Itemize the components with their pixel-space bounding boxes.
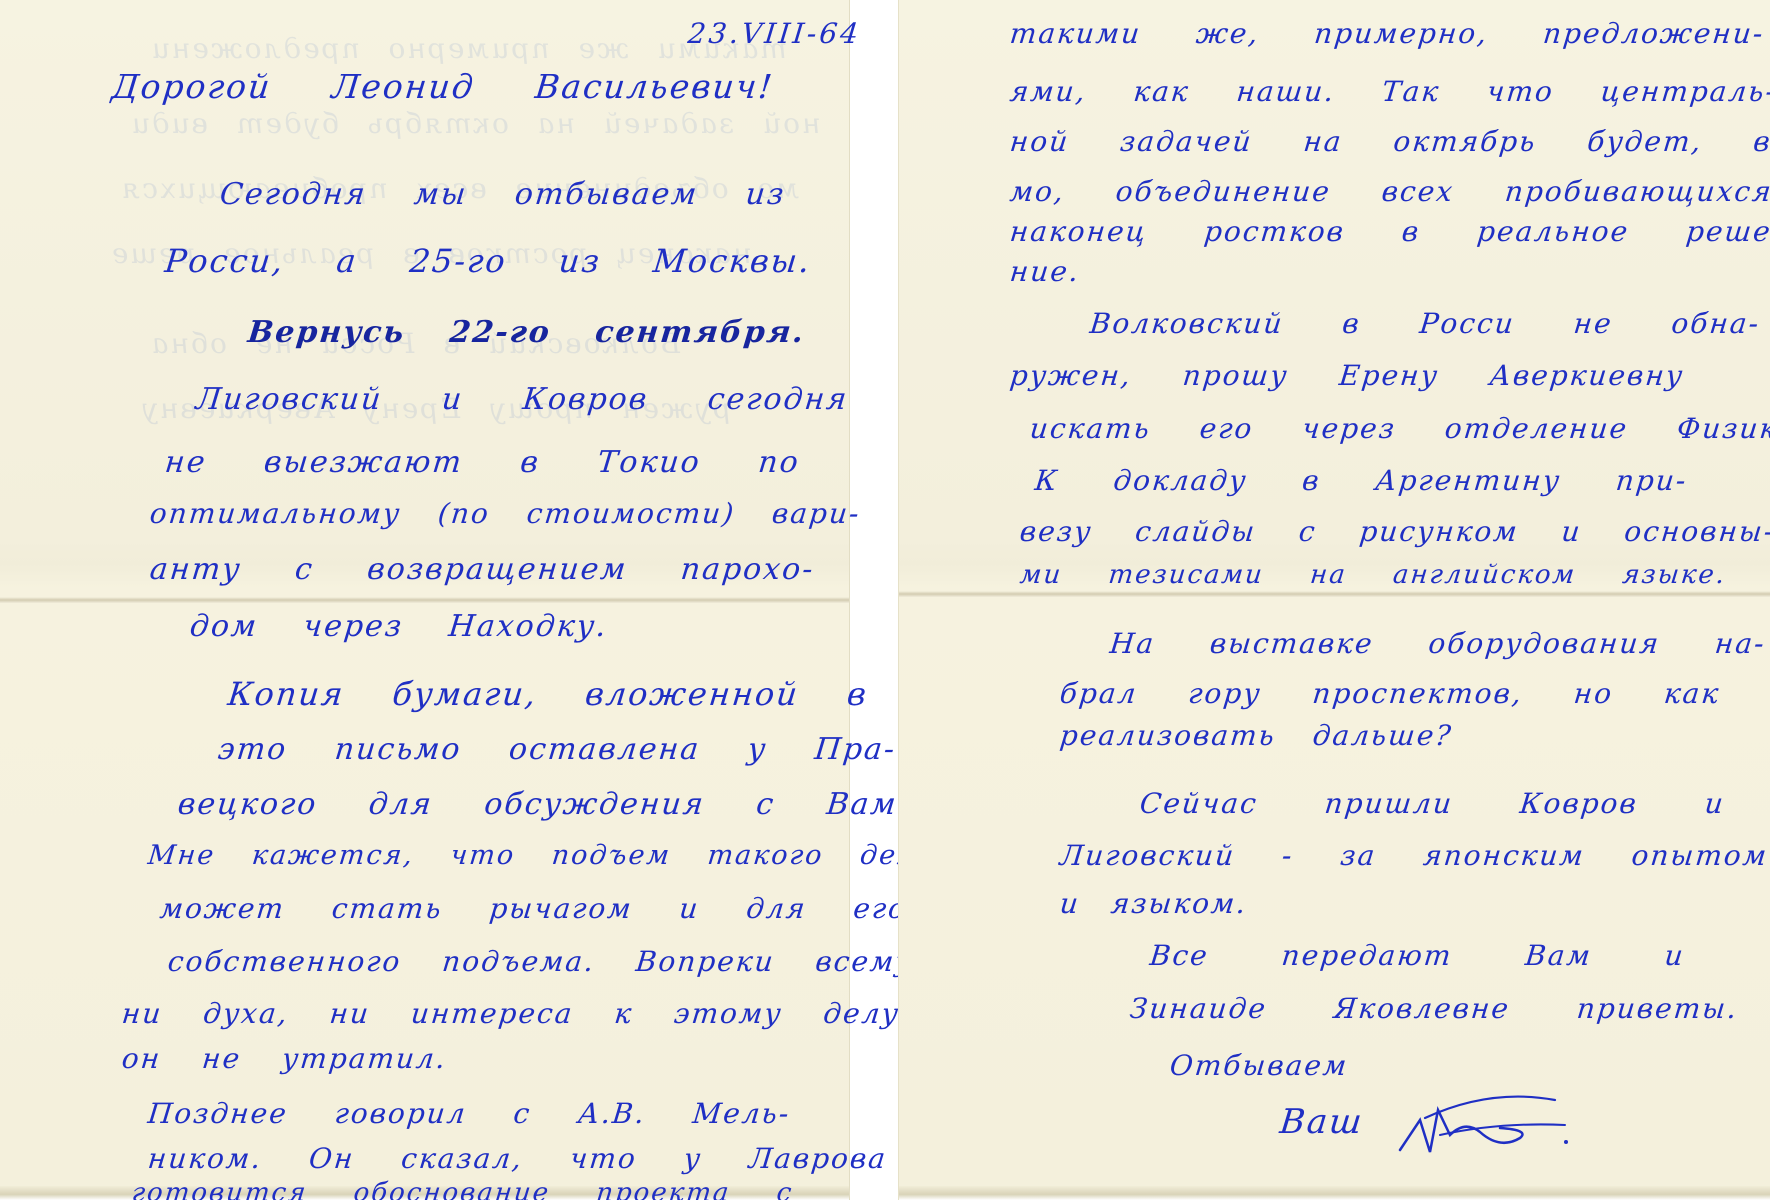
letter-closing: Отбываем <box>1169 1052 1350 1080</box>
letter-line: Лиговский - за японским опытом <box>1059 842 1770 870</box>
letter-line: везу слайды с рисунком и основны- <box>1019 518 1770 546</box>
letter-line: ной задачей на октябрь будет, види- <box>1009 128 1770 156</box>
letter-line: Мне кажется, что подъем такого дела <box>147 842 936 869</box>
letter-line: искать его через отделение Физики. <box>1029 415 1770 443</box>
paper-fold <box>0 597 849 603</box>
letter-line: Лиговский и Ковров сегодня <box>194 385 849 415</box>
letter-line: оптимальному (по стоимости) вари- <box>149 500 862 528</box>
paper-edge <box>899 1186 1770 1200</box>
letter-line: Позднее говорил с А.В. Мель- <box>147 1100 792 1128</box>
letter-line: ни духа, ни интереса к этому делу <box>121 1000 902 1028</box>
letter-line: мо, объединение всех пробивающихся <box>1009 178 1770 206</box>
letter-line: Росси, а 25-го из Москвы. <box>163 245 813 277</box>
letter-line: такими же, примерно, предложени- <box>1009 20 1766 48</box>
letter-line: ми тезисами на английском языке. <box>1019 562 1728 588</box>
letter-line: наконец ростков в реальное реше- <box>1009 218 1770 246</box>
paper-fold <box>899 591 1770 597</box>
signature-icon <box>1380 1080 1570 1160</box>
letter-line: вецкого для обсуждения с Вами. <box>176 790 931 820</box>
bleed-through-text: ной задачей на октябрь будет види <box>129 110 823 138</box>
letter-line: Все передают Вам и <box>1149 942 1687 970</box>
letter-line: Сегодня мы отбываем из <box>218 180 787 210</box>
letter-line: Копия бумаги, вложенной в <box>226 678 869 710</box>
letter-line: дом через Находку. <box>188 612 609 642</box>
letter-line: готовится обоснование проекта с <box>131 1180 795 1200</box>
letter-line: ружен, прошу Ерену Аверкиевну <box>1009 362 1686 390</box>
letter-line: реализовать дальше? <box>1059 722 1454 750</box>
letter-line: может стать рычагом и для его <box>159 895 909 923</box>
letter-line: ние. <box>1009 258 1082 286</box>
letter-line: Сейчас пришли Ковров и <box>1139 790 1727 818</box>
letter-line: собственного подъема. Вопреки всему, <box>167 948 926 976</box>
letter-line: Вернусь 22-го сентября. <box>246 318 806 348</box>
letter-line: Волковский в Росси не обна- <box>1089 310 1762 338</box>
letter-closing-vash: Ваш <box>1278 1105 1365 1139</box>
letter-line: На выставке оборудования на- <box>1109 630 1768 658</box>
letter-line: ником. Он сказал, что у Лаврова <box>147 1145 889 1173</box>
letter-line: это письмо оставлена у Пра- <box>216 735 897 765</box>
letter-line: ями, как наши. Так что централь- <box>1009 78 1770 106</box>
letter-line: К докладу в Аргентину при- <box>1034 467 1689 495</box>
letter-line: он не утратил. <box>121 1045 449 1073</box>
letter-line: не выезжают в Токио по <box>163 448 801 478</box>
letter-date: 23.VIII-64 <box>687 20 863 48</box>
letter-line: анту с возвращением парохо- <box>148 555 816 585</box>
letter-line: и языком. <box>1059 890 1249 918</box>
letter-salutation: Дорогой Леонид Васильевич! <box>110 70 775 103</box>
letter-line: брал гору проспектов, но как это <box>1059 680 1770 708</box>
letter-line: Зинаиде Яковлевне приветы. <box>1129 995 1740 1023</box>
